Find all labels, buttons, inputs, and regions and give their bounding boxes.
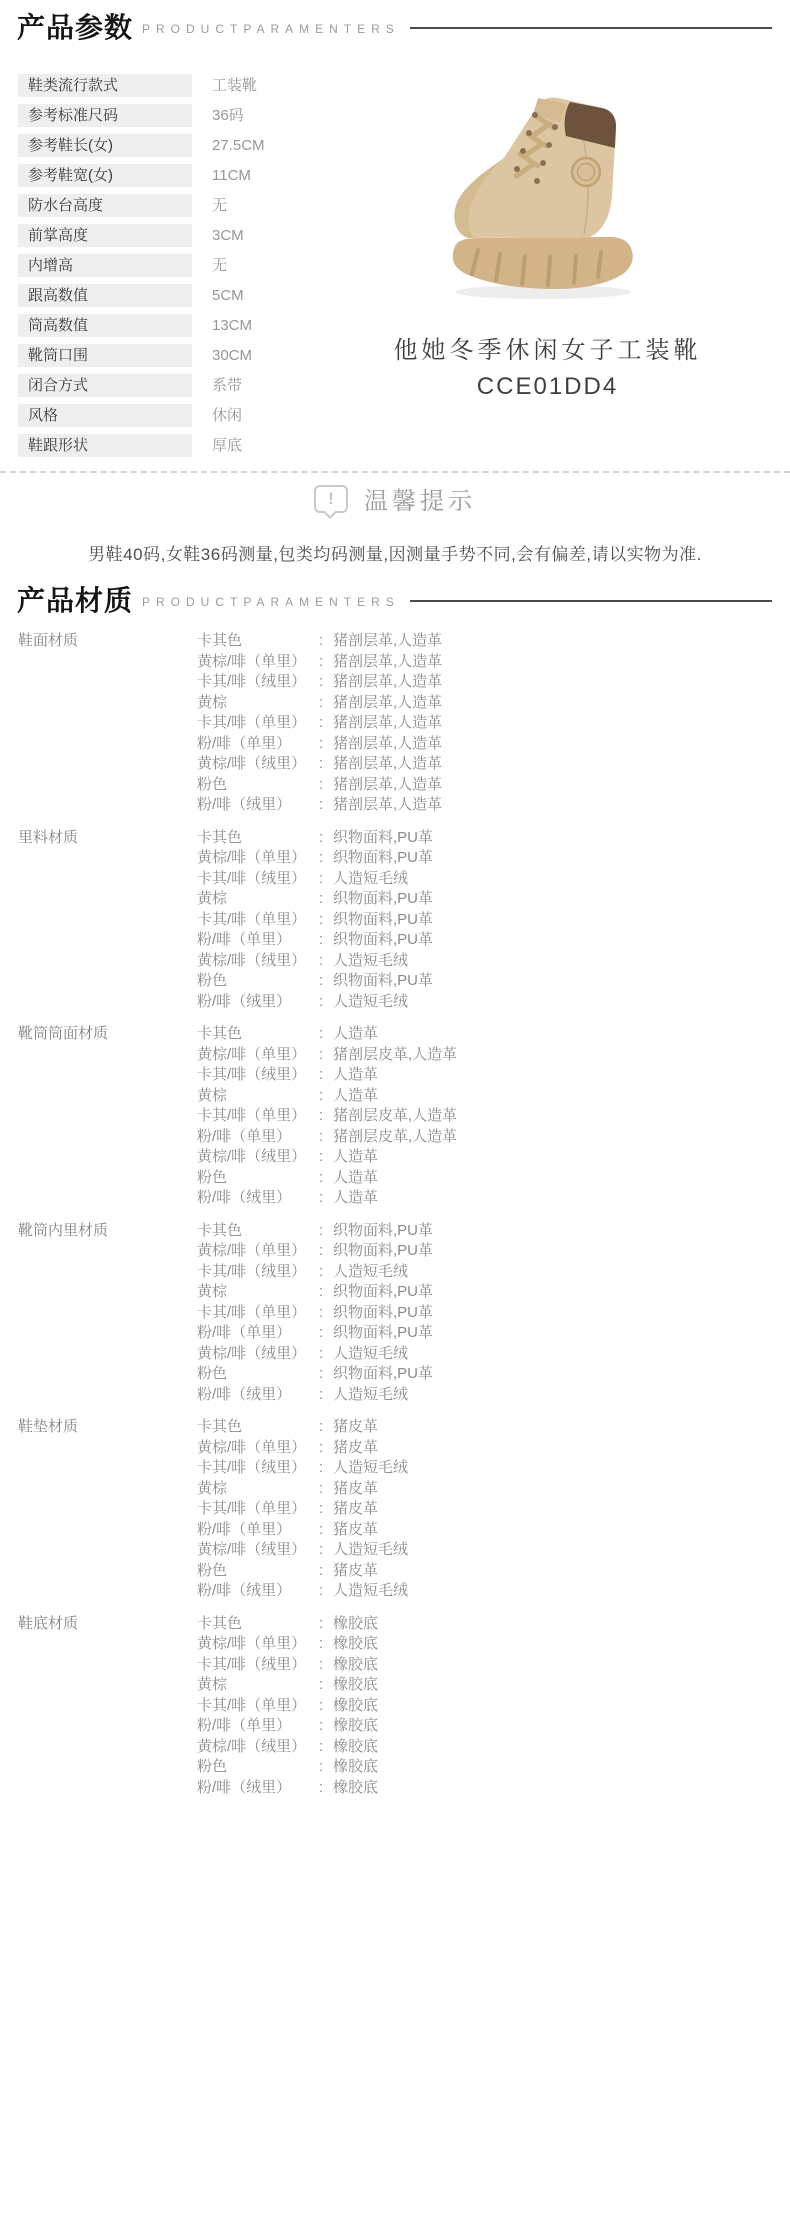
material-colon: : (319, 693, 333, 714)
material-row: 黄棕/啡（绒里） : 猪剖层革,人造革 (197, 754, 442, 775)
material-color: 粉色 (197, 1168, 319, 1189)
material-row: 黄棕 : 人造革 (197, 1086, 457, 1107)
material-group-label: 鞋底材质 (18, 1614, 197, 1635)
material-row: 粉/啡（绒里） : 人造短毛绒 (197, 1581, 408, 1602)
material-value: 织物面料,PU革 (333, 1241, 433, 1262)
material-colon: : (319, 1479, 333, 1500)
material-value: 橡胶底 (333, 1614, 378, 1635)
material-value: 人造革 (333, 1024, 378, 1045)
material-value: 织物面料,PU革 (333, 1323, 433, 1344)
material-color: 卡其/啡（单里） (197, 1303, 319, 1324)
materials-section-header: 产品材质 PRODUCTPARAMENTERS (0, 573, 790, 631)
material-row: 粉/啡（绒里） : 人造革 (197, 1188, 457, 1209)
material-value: 织物面料,PU革 (333, 1221, 433, 1242)
tips-note: 男鞋40码,女鞋36码测量,包类均码测量,因测量手势不同,会有偏差,请以实物为准… (0, 540, 790, 565)
material-colon: : (319, 1561, 333, 1582)
material-value: 人造革 (333, 1168, 378, 1189)
param-table: 鞋类流行款式 工装靴 参考标准尺码 36码 参考鞋长(女) 27.5CM 参考鞋… (18, 74, 265, 464)
material-value: 人造短毛绒 (333, 1458, 408, 1479)
material-colon: : (319, 992, 333, 1013)
material-colon: : (319, 734, 333, 755)
material-value: 猪剖层皮革,人造革 (333, 1045, 457, 1066)
material-row: 黄棕/啡（单里） : 猪剖层革,人造革 (197, 652, 442, 673)
material-colon: : (319, 1520, 333, 1541)
material-row: 黄棕/啡（绒里） : 人造短毛绒 (197, 1344, 433, 1365)
material-row: 卡其色 : 人造革 (197, 1024, 457, 1045)
material-color: 黄棕 (197, 1282, 319, 1303)
material-group-shaft-lining: 靴筒内里材质 卡其色 : 织物面料,PU革 黄棕/啡（单里） : 织物面料,PU… (0, 1221, 790, 1406)
param-row: 闭合方式 系带 (18, 374, 265, 397)
param-value: 11CM (212, 164, 251, 187)
material-value: 猪剖层皮革,人造革 (333, 1127, 457, 1148)
material-colon: : (319, 828, 333, 849)
param-value: 5CM (212, 284, 244, 307)
param-row: 鞋类流行款式 工装靴 (18, 74, 265, 97)
material-value: 猪皮革 (333, 1520, 378, 1541)
param-label: 参考鞋长(女) (18, 134, 192, 157)
material-colon: : (319, 672, 333, 693)
material-color: 卡其色 (197, 1614, 319, 1635)
material-color: 卡其/啡（单里） (197, 713, 319, 734)
material-row: 黄棕/啡（绒里） : 人造短毛绒 (197, 951, 433, 972)
material-value: 人造革 (333, 1188, 378, 1209)
param-label: 闭合方式 (18, 374, 192, 397)
material-colon: : (319, 1303, 333, 1324)
param-row: 参考标准尺码 36码 (18, 104, 265, 127)
material-row: 卡其/啡（绒里） : 橡胶底 (197, 1655, 378, 1676)
param-value: 休闲 (212, 404, 242, 427)
material-colon: : (319, 631, 333, 652)
material-row: 黄棕/啡（绒里） : 人造革 (197, 1147, 457, 1168)
material-color: 黄棕/啡（单里） (197, 1241, 319, 1262)
material-color: 卡其/啡（绒里） (197, 672, 319, 693)
material-colon: : (319, 1757, 333, 1778)
material-group-insole: 鞋垫材质 卡其色 : 猪皮革 黄棕/啡（单里） : 猪皮革 卡其/啡（绒里） :… (0, 1417, 790, 1602)
material-color: 黄棕/啡（绒里） (197, 1344, 319, 1365)
material-value: 人造革 (333, 1147, 378, 1168)
param-row: 筒高数值 13CM (18, 314, 265, 337)
material-colon: : (319, 754, 333, 775)
material-color: 卡其色 (197, 1221, 319, 1242)
material-group-label: 靴筒内里材质 (18, 1221, 197, 1242)
material-value: 橡胶底 (333, 1757, 378, 1778)
material-row: 粉色 : 橡胶底 (197, 1757, 378, 1778)
material-value: 猪剖层革,人造革 (333, 734, 442, 755)
material-color: 粉/啡（绒里） (197, 1778, 319, 1799)
material-color: 卡其/啡（绒里） (197, 1262, 319, 1283)
material-value: 猪剖层革,人造革 (333, 693, 442, 714)
material-color: 黄棕/啡（单里） (197, 1634, 319, 1655)
params-section-subtitle: PRODUCTPARAMENTERS (142, 22, 400, 36)
material-row: 黄棕 : 猪皮革 (197, 1479, 408, 1500)
material-row: 黄棕/啡（单里） : 织物面料,PU革 (197, 848, 433, 869)
material-colon: : (319, 1065, 333, 1086)
param-label: 防水台高度 (18, 194, 192, 217)
material-color: 黄棕/啡（单里） (197, 848, 319, 869)
material-value: 猪皮革 (333, 1561, 378, 1582)
params-section-title: 产品参数 (17, 12, 133, 44)
material-colon: : (319, 930, 333, 951)
material-group-upper: 鞋面材质 卡其色 : 猪剖层革,人造革 黄棕/啡（单里） : 猪剖层革,人造革 … (0, 631, 790, 816)
material-value: 织物面料,PU革 (333, 910, 433, 931)
material-color: 粉/啡（绒里） (197, 992, 319, 1013)
product-block: 他她冬季休闲女子工装靴 CCE01DD4 (360, 64, 735, 401)
material-color: 卡其色 (197, 828, 319, 849)
material-color: 粉/啡（单里） (197, 930, 319, 951)
material-colon: : (319, 1323, 333, 1344)
material-value: 织物面料,PU革 (333, 1364, 433, 1385)
material-color: 黄棕/啡（单里） (197, 652, 319, 673)
material-color: 黄棕/啡（绒里） (197, 1737, 319, 1758)
material-value: 猪皮革 (333, 1417, 378, 1438)
param-value: 系带 (212, 374, 242, 397)
material-value: 猪剖层革,人造革 (333, 775, 442, 796)
material-row: 粉/啡（单里） : 织物面料,PU革 (197, 930, 433, 951)
material-colon: : (319, 1168, 333, 1189)
material-value: 织物面料,PU革 (333, 848, 433, 869)
material-color: 卡其/啡（单里） (197, 910, 319, 931)
material-color: 粉色 (197, 971, 319, 992)
material-colon: : (319, 869, 333, 890)
param-label: 鞋跟形状 (18, 434, 192, 457)
material-colon: : (319, 1106, 333, 1127)
material-row: 粉/啡（绒里） : 猪剖层革,人造革 (197, 795, 442, 816)
material-color: 卡其色 (197, 1024, 319, 1045)
material-row: 卡其色 : 橡胶底 (197, 1614, 378, 1635)
material-color: 黄棕/啡（绒里） (197, 1540, 319, 1561)
material-color: 黄棕/啡（绒里） (197, 951, 319, 972)
param-value: 厚底 (212, 434, 242, 457)
material-value: 人造短毛绒 (333, 951, 408, 972)
dashed-divider (0, 471, 790, 473)
material-colon: : (319, 1499, 333, 1520)
material-row: 卡其/啡（单里） : 织物面料,PU革 (197, 910, 433, 931)
material-row: 粉/啡（单里） : 猪剖层革,人造革 (197, 734, 442, 755)
param-row: 跟高数值 5CM (18, 284, 265, 307)
material-value: 猪剖层革,人造革 (333, 754, 442, 775)
material-colon: : (319, 1262, 333, 1283)
material-row: 粉/啡（单里） : 猪皮革 (197, 1520, 408, 1541)
material-value: 织物面料,PU革 (333, 1282, 433, 1303)
material-colon: : (319, 1188, 333, 1209)
material-colon: : (319, 889, 333, 910)
material-value: 橡胶底 (333, 1634, 378, 1655)
material-row: 卡其/啡（单里） : 橡胶底 (197, 1696, 378, 1717)
material-colon: : (319, 1634, 333, 1655)
material-colon: : (319, 1737, 333, 1758)
param-value: 13CM (212, 314, 252, 337)
header-rule (410, 600, 772, 602)
material-color: 粉/啡（单里） (197, 734, 319, 755)
material-colon: : (319, 1045, 333, 1066)
param-row: 防水台高度 无 (18, 194, 265, 217)
param-label: 参考鞋宽(女) (18, 164, 192, 187)
material-value: 猪剖层皮革,人造革 (333, 1106, 457, 1127)
product-detail-page: 产品参数 PRODUCTPARAMENTERS 鞋类流行款式 工装靴 参考标准尺… (0, 0, 790, 2230)
material-group-lining: 里料材质 卡其色 : 织物面料,PU革 黄棕/啡（单里） : 织物面料,PU革 … (0, 828, 790, 1013)
material-row: 卡其/啡（单里） : 猪剖层革,人造革 (197, 713, 442, 734)
param-value: 无 (212, 194, 227, 217)
product-model: CCE01DD4 (360, 373, 735, 401)
material-row: 粉色 : 织物面料,PU革 (197, 1364, 433, 1385)
param-row: 前掌高度 3CM (18, 224, 265, 247)
material-row: 卡其/啡（绒里） : 人造短毛绒 (197, 1458, 408, 1479)
material-rows: 卡其色 : 人造革 黄棕/啡（单里） : 猪剖层皮革,人造革 卡其/啡（绒里） … (197, 1024, 457, 1209)
material-row: 黄棕/啡（单里） : 织物面料,PU革 (197, 1241, 433, 1262)
params-section-header: 产品参数 PRODUCTPARAMENTERS (0, 0, 790, 58)
material-colon: : (319, 1696, 333, 1717)
param-label: 靴筒口围 (18, 344, 192, 367)
material-value: 橡胶底 (333, 1696, 378, 1717)
material-color: 粉/啡（绒里） (197, 1581, 319, 1602)
material-value: 人造短毛绒 (333, 1385, 408, 1406)
material-colon: : (319, 1581, 333, 1602)
material-color: 粉色 (197, 1757, 319, 1778)
material-color: 黄棕 (197, 1479, 319, 1500)
material-color: 黄棕/啡（单里） (197, 1438, 319, 1459)
materials-section-title: 产品材质 (17, 585, 133, 617)
material-row: 粉色 : 人造革 (197, 1168, 457, 1189)
material-value: 织物面料,PU革 (333, 971, 433, 992)
param-row: 风格 休闲 (18, 404, 265, 427)
material-row: 卡其/啡（单里） : 猪剖层皮革,人造革 (197, 1106, 457, 1127)
material-colon: : (319, 1241, 333, 1262)
material-color: 粉/啡（单里） (197, 1323, 319, 1344)
material-colon: : (319, 713, 333, 734)
param-label: 筒高数值 (18, 314, 192, 337)
material-colon: : (319, 1540, 333, 1561)
material-colon: : (319, 1147, 333, 1168)
material-row: 黄棕 : 猪剖层革,人造革 (197, 693, 442, 714)
material-value: 人造革 (333, 1065, 378, 1086)
material-value: 人造短毛绒 (333, 992, 408, 1013)
material-colon: : (319, 910, 333, 931)
material-value: 人造短毛绒 (333, 1344, 408, 1365)
material-row: 卡其/啡（绒里） : 人造短毛绒 (197, 869, 433, 890)
material-colon: : (319, 1716, 333, 1737)
material-group-label: 鞋垫材质 (18, 1417, 197, 1438)
material-row: 卡其色 : 织物面料,PU革 (197, 828, 433, 849)
material-row: 粉/啡（单里） : 织物面料,PU革 (197, 1323, 433, 1344)
materials-section-subtitle: PRODUCTPARAMENTERS (142, 595, 400, 609)
param-label: 参考标准尺码 (18, 104, 192, 127)
tips-header: ! 温馨提示 (0, 481, 790, 516)
material-color: 黄棕 (197, 693, 319, 714)
material-colon: : (319, 775, 333, 796)
material-color: 卡其色 (197, 631, 319, 652)
material-colon: : (319, 1675, 333, 1696)
material-row: 卡其色 : 猪皮革 (197, 1417, 408, 1438)
material-row: 黄棕/啡（单里） : 猪剖层皮革,人造革 (197, 1045, 457, 1066)
material-rows: 卡其色 : 织物面料,PU革 黄棕/啡（单里） : 织物面料,PU革 卡其/啡（… (197, 828, 433, 1013)
exclamation-glyph: ! (328, 489, 334, 508)
material-value: 人造短毛绒 (333, 1581, 408, 1602)
param-value: 工装靴 (212, 74, 257, 97)
material-row: 卡其/啡（绒里） : 人造短毛绒 (197, 1262, 433, 1283)
exclamation-bubble-icon: ! (314, 485, 348, 513)
material-color: 粉色 (197, 775, 319, 796)
material-colon: : (319, 652, 333, 673)
material-row: 卡其色 : 织物面料,PU革 (197, 1221, 433, 1242)
material-colon: : (319, 1385, 333, 1406)
material-value: 猪剖层革,人造革 (333, 713, 442, 734)
material-value: 猪皮革 (333, 1438, 378, 1459)
material-colon: : (319, 1778, 333, 1799)
material-colon: : (319, 848, 333, 869)
material-group-label: 里料材质 (18, 828, 197, 849)
material-color: 黄棕 (197, 1675, 319, 1696)
material-group-shaft-surface: 靴筒筒面材质 卡其色 : 人造革 黄棕/啡（单里） : 猪剖层皮革,人造革 卡其… (0, 1024, 790, 1209)
material-row: 黄棕/啡（绒里） : 人造短毛绒 (197, 1540, 408, 1561)
params-product-area: 鞋类流行款式 工装靴 参考标准尺码 36码 参考鞋长(女) 27.5CM 参考鞋… (0, 74, 790, 464)
material-color: 粉/啡（绒里） (197, 795, 319, 816)
material-value: 橡胶底 (333, 1737, 378, 1758)
material-row: 卡其色 : 猪剖层革,人造革 (197, 631, 442, 652)
material-row: 卡其/啡（单里） : 猪皮革 (197, 1499, 408, 1520)
material-color: 黄棕 (197, 1086, 319, 1107)
material-value: 织物面料,PU革 (333, 930, 433, 951)
material-color: 粉色 (197, 1364, 319, 1385)
material-row: 粉/啡（单里） : 猪剖层皮革,人造革 (197, 1127, 457, 1148)
material-colon: : (319, 1614, 333, 1635)
material-value: 猪皮革 (333, 1499, 378, 1520)
param-label: 内增高 (18, 254, 192, 277)
material-colon: : (319, 1438, 333, 1459)
param-row: 鞋跟形状 厚底 (18, 434, 265, 457)
material-row: 黄棕/啡（绒里） : 橡胶底 (197, 1737, 378, 1758)
material-color: 粉/啡（单里） (197, 1520, 319, 1541)
material-value: 猪剖层革,人造革 (333, 652, 442, 673)
material-color: 黄棕/啡（绒里） (197, 754, 319, 775)
material-row: 卡其/啡（单里） : 织物面料,PU革 (197, 1303, 433, 1324)
material-row: 粉/啡（单里） : 橡胶底 (197, 1716, 378, 1737)
material-colon: : (319, 951, 333, 972)
material-color: 黄棕/啡（单里） (197, 1045, 319, 1066)
param-value: 27.5CM (212, 134, 265, 157)
param-label: 风格 (18, 404, 192, 427)
material-color: 粉/啡（绒里） (197, 1385, 319, 1406)
material-value: 织物面料,PU革 (333, 828, 433, 849)
param-row: 内增高 无 (18, 254, 265, 277)
tips-title: 温馨提示 (364, 481, 476, 516)
param-value: 3CM (212, 224, 244, 247)
material-value: 猪剖层革,人造革 (333, 631, 442, 652)
material-colon: : (319, 1282, 333, 1303)
material-colon: : (319, 1655, 333, 1676)
material-colon: : (319, 1344, 333, 1365)
material-color: 粉色 (197, 1561, 319, 1582)
material-colon: : (319, 971, 333, 992)
material-row: 卡其/啡（绒里） : 猪剖层革,人造革 (197, 672, 442, 693)
material-color: 粉/啡（单里） (197, 1716, 319, 1737)
param-value: 30CM (212, 344, 252, 367)
material-value: 橡胶底 (333, 1778, 378, 1799)
material-color: 卡其/啡（绒里） (197, 1458, 319, 1479)
material-row: 卡其/啡（绒里） : 人造革 (197, 1065, 457, 1086)
material-value: 织物面料,PU革 (333, 889, 433, 910)
param-row: 参考鞋长(女) 27.5CM (18, 134, 265, 157)
material-value: 猪剖层革,人造革 (333, 672, 442, 693)
material-row: 黄棕 : 织物面料,PU革 (197, 1282, 433, 1303)
material-value: 人造短毛绒 (333, 869, 408, 890)
material-row: 粉色 : 猪剖层革,人造革 (197, 775, 442, 796)
material-colon: : (319, 1127, 333, 1148)
material-colon: : (319, 1086, 333, 1107)
material-row: 粉色 : 织物面料,PU革 (197, 971, 433, 992)
product-image (438, 64, 658, 304)
param-row: 靴筒口围 30CM (18, 344, 265, 367)
material-rows: 卡其色 : 橡胶底 黄棕/啡（单里） : 橡胶底 卡其/啡（绒里） : 橡胶底 … (197, 1614, 378, 1799)
param-row: 参考鞋宽(女) 11CM (18, 164, 265, 187)
material-group-label: 靴筒筒面材质 (18, 1024, 197, 1045)
material-value: 橡胶底 (333, 1675, 378, 1696)
material-color: 卡其/啡（单里） (197, 1499, 319, 1520)
material-colon: : (319, 1364, 333, 1385)
material-rows: 卡其色 : 织物面料,PU革 黄棕/啡（单里） : 织物面料,PU革 卡其/啡（… (197, 1221, 433, 1406)
material-row: 黄棕/啡（单里） : 猪皮革 (197, 1438, 408, 1459)
param-value: 无 (212, 254, 227, 277)
material-value: 猪皮革 (333, 1479, 378, 1500)
param-value: 36码 (212, 104, 244, 127)
material-color: 卡其/啡（单里） (197, 1696, 319, 1717)
param-label: 跟高数值 (18, 284, 192, 307)
material-row: 黄棕 : 织物面料,PU革 (197, 889, 433, 910)
material-row: 粉/啡（绒里） : 人造短毛绒 (197, 992, 433, 1013)
material-row: 黄棕 : 橡胶底 (197, 1675, 378, 1696)
material-value: 人造短毛绒 (333, 1540, 408, 1561)
material-colon: : (319, 795, 333, 816)
material-colon: : (319, 1417, 333, 1438)
material-rows: 卡其色 : 猪皮革 黄棕/啡（单里） : 猪皮革 卡其/啡（绒里） : 人造短毛… (197, 1417, 408, 1602)
material-group-outsole: 鞋底材质 卡其色 : 橡胶底 黄棕/啡（单里） : 橡胶底 卡其/啡（绒里） :… (0, 1614, 790, 1799)
material-color: 粉/啡（绒里） (197, 1188, 319, 1209)
param-label: 鞋类流行款式 (18, 74, 192, 97)
material-row: 黄棕/啡（单里） : 橡胶底 (197, 1634, 378, 1655)
material-value: 猪剖层革,人造革 (333, 795, 442, 816)
material-color: 卡其色 (197, 1417, 319, 1438)
header-rule (410, 27, 772, 29)
material-value: 橡胶底 (333, 1716, 378, 1737)
material-color: 粉/啡（单里） (197, 1127, 319, 1148)
product-name: 他她冬季休闲女子工装靴 (360, 330, 735, 365)
material-value: 橡胶底 (333, 1655, 378, 1676)
material-value: 织物面料,PU革 (333, 1303, 433, 1324)
material-value: 人造短毛绒 (333, 1262, 408, 1283)
material-color: 卡其/啡（单里） (197, 1106, 319, 1127)
material-color: 卡其/啡（绒里） (197, 1655, 319, 1676)
material-colon: : (319, 1458, 333, 1479)
material-color: 黄棕/啡（绒里） (197, 1147, 319, 1168)
materials-list: 鞋面材质 卡其色 : 猪剖层革,人造革 黄棕/啡（单里） : 猪剖层革,人造革 … (0, 631, 790, 1850)
material-color: 卡其/啡（绒里） (197, 1065, 319, 1086)
material-colon: : (319, 1024, 333, 1045)
param-label: 前掌高度 (18, 224, 192, 247)
material-row: 粉色 : 猪皮革 (197, 1561, 408, 1582)
material-row: 粉/啡（绒里） : 人造短毛绒 (197, 1385, 433, 1406)
material-group-label: 鞋面材质 (18, 631, 197, 652)
material-colon: : (319, 1221, 333, 1242)
material-color: 卡其/啡（绒里） (197, 869, 319, 890)
material-row: 粉/啡（绒里） : 橡胶底 (197, 1778, 378, 1799)
tips-section: ! 温馨提示 男鞋40码,女鞋36码测量,包类均码测量,因测量手势不同,会有偏差… (0, 481, 790, 565)
material-color: 黄棕 (197, 889, 319, 910)
material-rows: 卡其色 : 猪剖层革,人造革 黄棕/啡（单里） : 猪剖层革,人造革 卡其/啡（… (197, 631, 442, 816)
material-value: 人造革 (333, 1086, 378, 1107)
